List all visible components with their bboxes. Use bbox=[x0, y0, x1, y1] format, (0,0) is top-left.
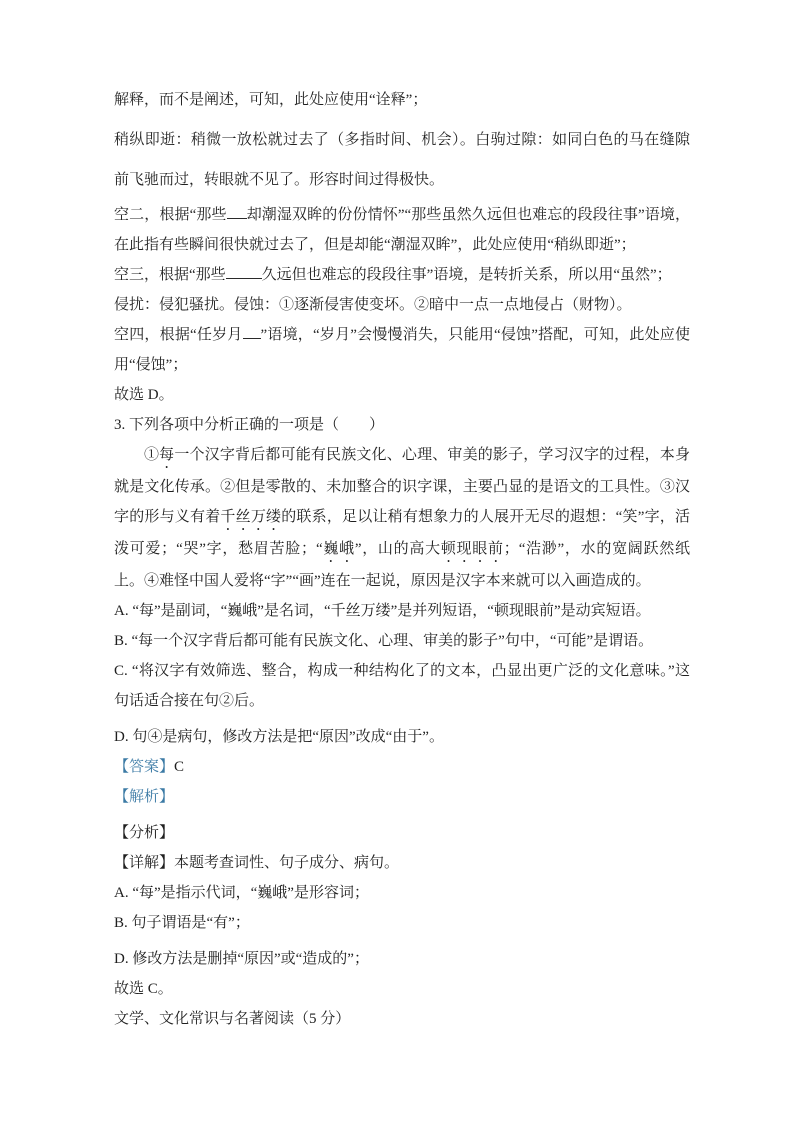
text-run: 故选 C。 bbox=[114, 981, 173, 997]
text-run: 故选 D。 bbox=[114, 387, 174, 403]
text-run: 【分析】 bbox=[114, 825, 174, 841]
blank-underline bbox=[227, 204, 247, 219]
q3-passage: ①每一个汉字背后都可能有民族文化、心理、审美的影子，学习汉字的过程，本身就是文化… bbox=[114, 440, 690, 596]
text-run: D. 修改方法是删掉“原因”或“造成的”； bbox=[114, 951, 369, 967]
text-run: C bbox=[174, 759, 184, 775]
q3-fenxi-label: 【分析】 bbox=[114, 818, 690, 848]
text-run: 空四，根据“任岁月 bbox=[114, 327, 243, 343]
blank-underline bbox=[243, 324, 261, 339]
q3-explain-d: D. 修改方法是删掉“原因”或“造成的”； bbox=[114, 944, 690, 974]
bracket-label-blue: 【解析】 bbox=[114, 789, 174, 805]
text-run: B. 句子谓语是“有”； bbox=[114, 915, 250, 931]
q3-explain-a: A. “每”是指示代词，“巍峨”是形容词； bbox=[114, 878, 690, 908]
emphasized-word: 顿现眼前 bbox=[441, 541, 504, 557]
text-run: 空二，根据“那些 bbox=[114, 207, 227, 223]
q3-answer-line: 【答案】C bbox=[114, 752, 690, 782]
text-run: 文学、文化常识与名著阅读（5 分） bbox=[114, 1011, 350, 1027]
text-run: B. “每一个汉字背后都可能有民族文化、心理、审美的影子”句中，“可能”是谓语。 bbox=[114, 633, 653, 649]
emphasized-word: 每 bbox=[159, 447, 174, 463]
q3-option-c: C. “将汉字有效筛选、整合，构成一种结构化了的文本，凸显出更广泛的文化意味。”… bbox=[114, 656, 690, 716]
document-body: 解释，而不是阐述，可知，此处应使用“诠释”；稍纵即逝：稍微一放松就过去了（多指时… bbox=[114, 80, 690, 1034]
q2-qinrao-definition: 侵扰：侵犯骚扰。侵蚀：①逐渐侵害使变坏。②暗中一点一点地侵占（财物）。 bbox=[114, 290, 690, 320]
text-run: 3. 下列各项中分析正确的一项是（ ） bbox=[114, 417, 384, 433]
text-run: A. “每”是副词，“巍峨”是名词，“千丝万缕”是并列短语，“顿现眼前”是动宾短… bbox=[114, 603, 651, 619]
q2-explain-quanshi: 解释，而不是阐述，可知，此处应使用“诠释”； bbox=[114, 80, 690, 120]
q3-stem: 3. 下列各项中分析正确的一项是（ ） bbox=[114, 410, 690, 440]
text-run: 侵扰：侵犯骚扰。侵蚀：①逐渐侵害使变坏。②暗中一点一点地侵占（财物）。 bbox=[114, 297, 632, 313]
text-run: ”，山的高大 bbox=[355, 541, 441, 557]
section-heading-literature: 文学、文化常识与名著阅读（5 分） bbox=[114, 1004, 690, 1034]
text-run: A. “每”是指示代词，“巍峨”是形容词； bbox=[114, 885, 369, 901]
q2-idiom-definitions: 稍纵即逝：稍微一放松就过去了（多指时间、机会）。白驹过隙：如同白色的马在缝隙前飞… bbox=[114, 120, 690, 200]
text-run: ① bbox=[144, 447, 159, 463]
text-run: 稍纵即逝：稍微一放松就过去了（多指时间、机会）。白驹过隙：如同白色的马在缝隙前飞… bbox=[114, 132, 690, 188]
q2-final-choice: 故选 D。 bbox=[114, 380, 690, 410]
text-run: D. 句④是病句，修改方法是把“原因”改成“由于”。 bbox=[114, 729, 444, 745]
blank-underline bbox=[226, 264, 262, 279]
q3-jiexi-label: 【解析】 bbox=[114, 782, 690, 812]
q3-final-choice: 故选 C。 bbox=[114, 974, 690, 1004]
text-run: 解释，而不是阐述，可知，此处应使用“诠释”； bbox=[114, 92, 427, 108]
emphasized-word: 千丝万缕 bbox=[220, 509, 281, 525]
q2-blank3-explain: 空三，根据“那些 久远但也难忘的段段往事”语境，是转折关系，所以用“虽然”； bbox=[114, 260, 690, 290]
q3-option-a: A. “每”是副词，“巍峨”是名词，“千丝万缕”是并列短语，“顿现眼前”是动宾短… bbox=[114, 596, 690, 626]
q2-blank2-explain: 空二，根据“那些 却潮湿双眸的份份情怀”“那些虽然久远但也难忘的段段往事”语境，… bbox=[114, 200, 690, 260]
q2-blank4-explain: 空四，根据“任岁月 ”语境，“岁月”会慢慢消失，只能用“侵蚀”搭配，可知，此处应… bbox=[114, 320, 690, 380]
q3-explain-b: B. 句子谓语是“有”； bbox=[114, 908, 690, 938]
text-run: C. “将汉字有效筛选、整合，构成一种结构化了的文本，凸显出更广泛的文化意味。”… bbox=[114, 663, 690, 709]
document-page: 解释，而不是阐述，可知，此处应使用“诠释”；稍纵即逝：稍微一放松就过去了（多指时… bbox=[0, 0, 793, 1122]
q3-option-b: B. “每一个汉字背后都可能有民族文化、心理、审美的影子”句中，“可能”是谓语。 bbox=[114, 626, 690, 656]
emphasized-word: 巍峨 bbox=[323, 541, 355, 557]
q3-xiangjie-intro: 【详解】本题考查词性、句子成分、病句。 bbox=[114, 848, 690, 878]
text-run: 空三，根据“那些 bbox=[114, 267, 226, 283]
q3-option-d: D. 句④是病句，修改方法是把“原因”改成“由于”。 bbox=[114, 722, 690, 752]
text-run: 久远但也难忘的段段往事”语境，是转折关系，所以用“虽然”； bbox=[262, 267, 672, 283]
bracket-label-blue: 【答案】 bbox=[114, 759, 174, 775]
text-run: 【详解】本题考查词性、句子成分、病句。 bbox=[114, 855, 399, 871]
